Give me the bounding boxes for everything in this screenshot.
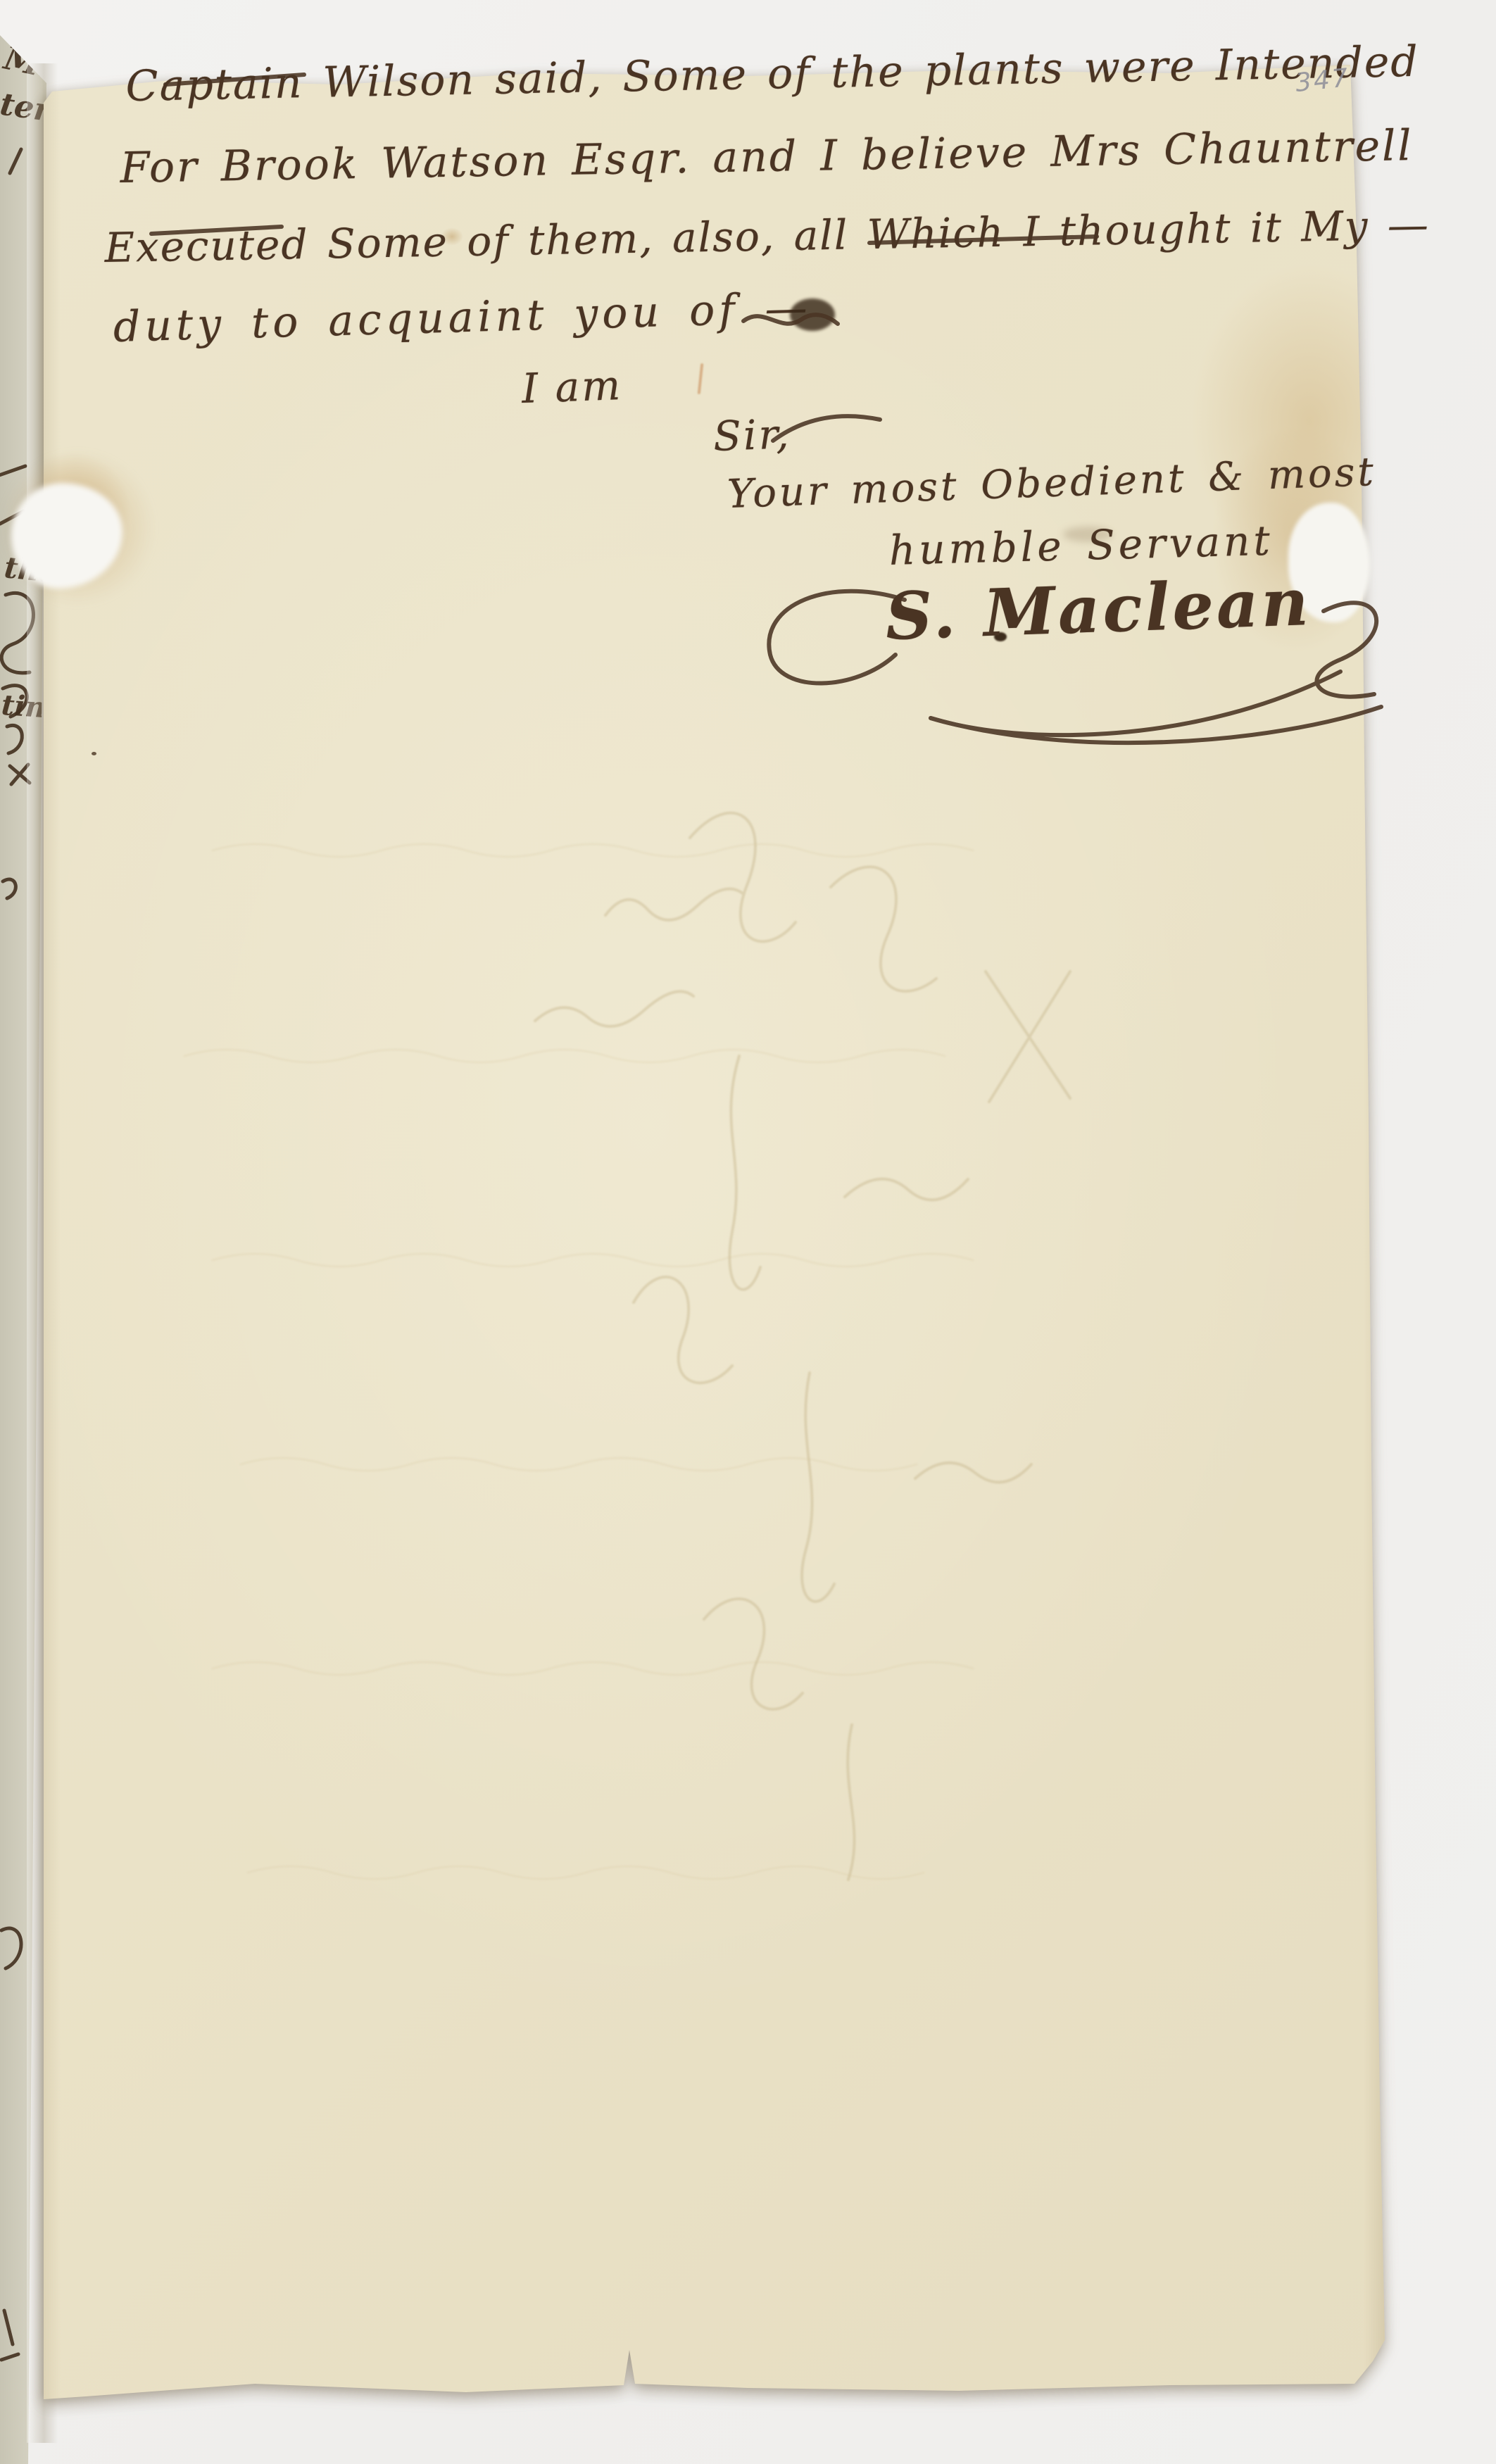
closing-salute: Sir, [712,410,791,460]
adjacent-page-fragment: Mr [1,39,61,87]
scanned-letter-photo: { "scan": { "background_color": "#f2f1ee… [0,0,1496,2464]
pencil-folio-number: 347 [1294,63,1352,98]
adjacent-page-fragment: tin [0,689,46,724]
closing-valediction-line-2: humble Servant [888,517,1274,574]
signature: S. Maclean [884,564,1312,655]
adjacent-page-ink-marks [0,0,49,2464]
adjacent-page-edge: Mr ter. that tin [0,0,49,2464]
closing-i-am: I am [521,361,623,413]
